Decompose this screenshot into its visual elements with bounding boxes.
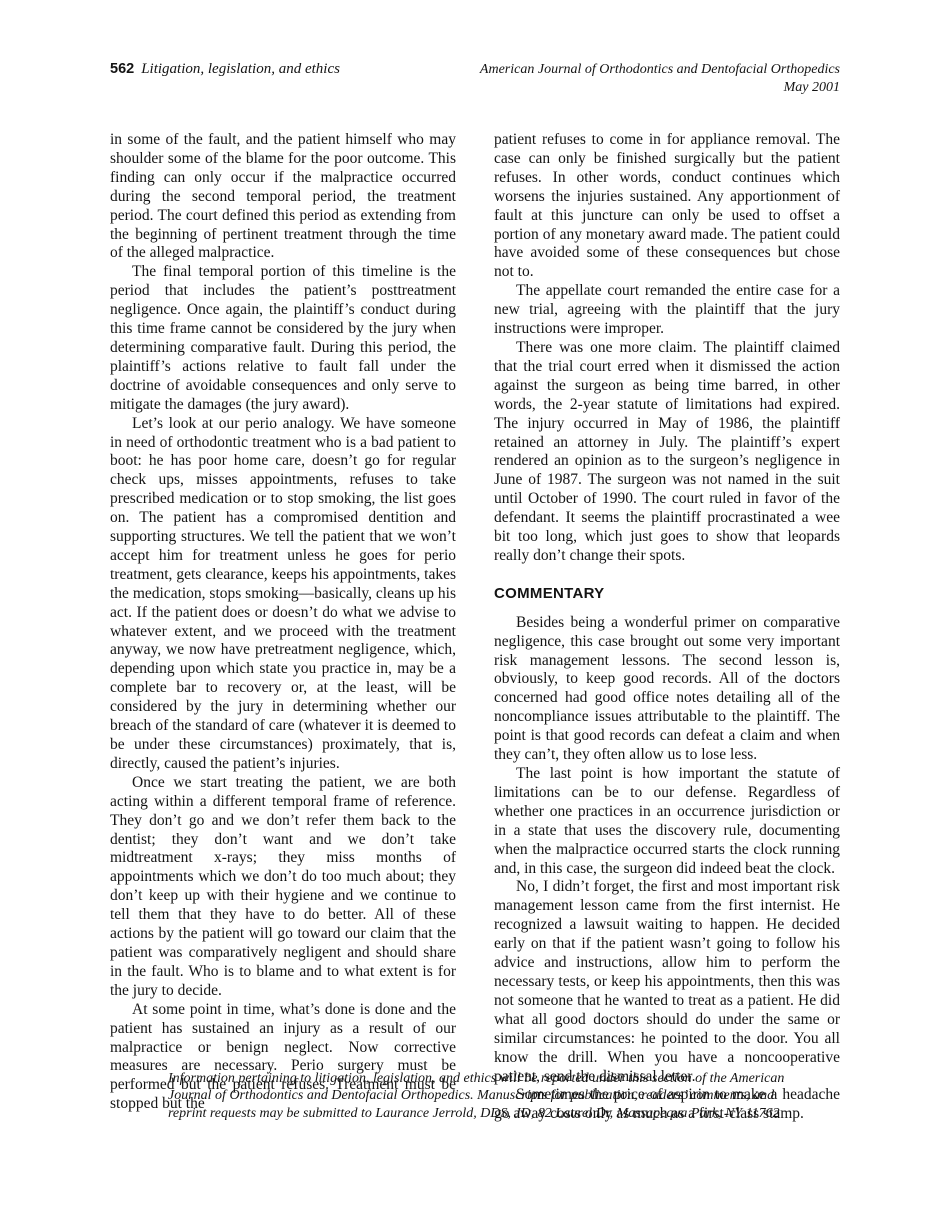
paragraph: There was one more claim. The plaintiff … [494,339,840,566]
running-header-left: 562Litigation, legislation, and ethics [110,61,340,78]
running-header: 562Litigation, legislation, and ethics A… [110,61,840,96]
editorial-note: Information pertaining to litigation, le… [168,1070,788,1122]
journal-name: American Journal of Orthodontics and Den… [480,61,840,79]
right-column: patient refuses to come in for appliance… [494,131,840,1124]
paragraph: The appellate court remanded the entire … [494,282,840,339]
journal-page: 562Litigation, legislation, and ethics A… [0,0,950,1230]
paragraph: patient refuses to come in for appliance… [494,131,840,282]
paragraph: The final temporal portion of this timel… [110,263,456,414]
page-number: 562 [110,61,134,77]
editorial-note-text: Information pertaining to litigation, le… [168,1070,788,1122]
paragraph: in some of the fault, and the patient hi… [110,131,456,263]
commentary-heading: COMMENTARY [494,585,840,604]
paragraph: The last point is how important the stat… [494,765,840,878]
running-header-right: American Journal of Orthodontics and Den… [480,61,840,96]
paragraph: Let’s look at our perio analogy. We have… [110,415,456,774]
paragraph: Once we start treating the patient, we a… [110,774,456,1001]
running-section-title: Litigation, legislation, and ethics [141,61,340,77]
left-column: in some of the fault, and the patient hi… [110,131,456,1124]
article-body: in some of the fault, and the patient hi… [110,131,840,1124]
issue-date: May 2001 [480,79,840,97]
paragraph: No, I didn’t forget, the first and most … [494,878,840,1086]
paragraph: Besides being a wonderful primer on comp… [494,614,840,765]
